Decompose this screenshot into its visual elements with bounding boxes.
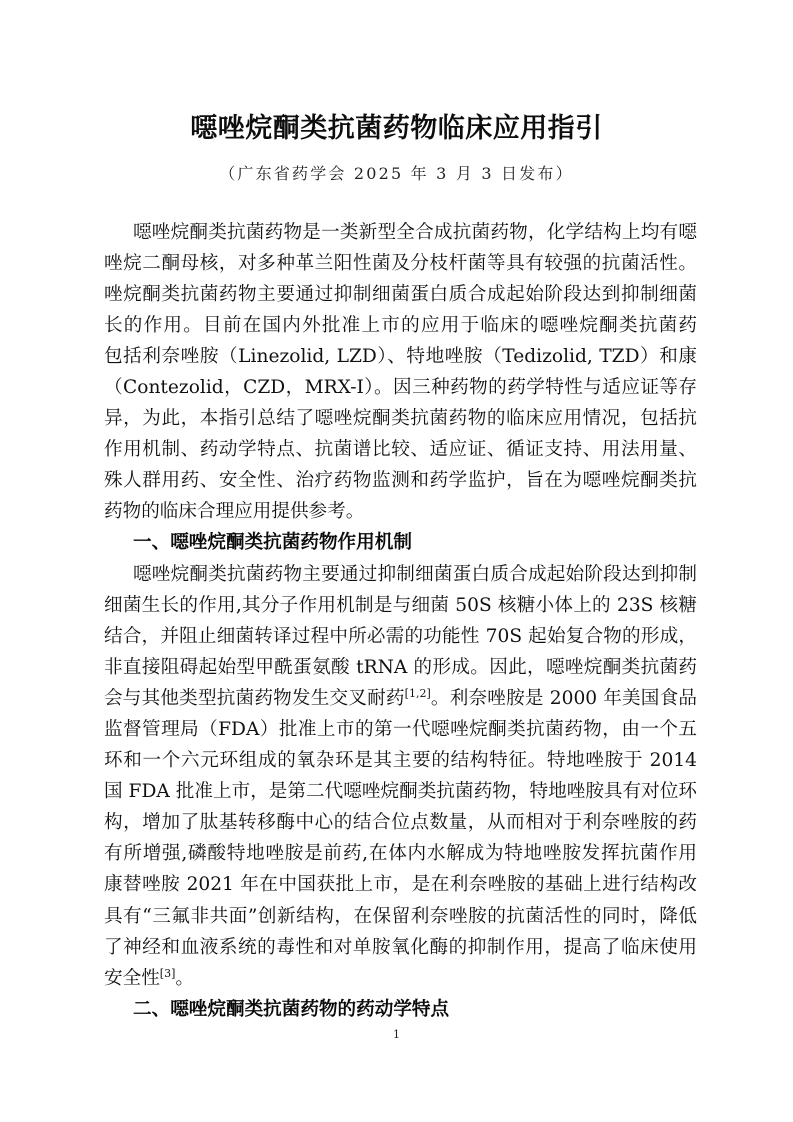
text-segment: 国 FDA 批准上市，是第二代噁唑烷酮类抗菌药物，特地唑胺具有对位环结 xyxy=(104,781,697,807)
text-line: 药物的临床合理应用提供参考。 xyxy=(104,496,697,527)
text-segment: 结合，并阻止细菌转译过程中所必需的功能性 70S 起始复合物的形成，而 xyxy=(104,626,697,652)
text-segment: 唑烷酮类抗菌药物主要通过抑制细菌蛋白质合成起始阶段达到抑制细菌生 xyxy=(104,284,697,310)
text-segment: 包括利奈唑胺（Linezolid, LZD）、特地唑胺（Tedizolid, T… xyxy=(104,346,697,372)
text-segment: 有所增强,磷酸特地唑胺是前药,在体内水解成为特地唑胺发挥抗菌作用 xyxy=(104,843,697,864)
text-segment: 殊人群用药、安全性、治疗药物监测和药学监护，旨在为噁唑烷酮类抗菌 xyxy=(104,470,697,496)
text-segment: 会与其他类型抗菌药物发生交叉耐药 xyxy=(104,688,405,709)
text-segment: 康替唑胺 2021 年在中国获批上市，是在利奈唑胺的基础上进行结构改造， xyxy=(104,874,697,900)
text-segment: 。 xyxy=(175,968,194,989)
text-line: 细菌生长的作用,其分子作用机制是与细菌 50S 核糖小体上的 23S 核糖 RN… xyxy=(104,590,697,621)
text-segment: 长的作用。目前在国内外批准上市的应用于临床的噁唑烷酮类抗菌药物， xyxy=(104,315,697,341)
section-heading-mechanism: 一、噁唑烷酮类抗菌药物作用机制 xyxy=(104,527,697,558)
intro-paragraph: 噁唑烷酮类抗菌药物是一类新型全合成抗菌药物，化学结构上均有噁唑烷二酮母核，对多种… xyxy=(104,217,697,528)
page-number: 1 xyxy=(0,1026,793,1044)
text-segment: 具有“三氟非共面”创新结构，在保留利奈唑胺的抗菌活性的同时，降低 xyxy=(104,906,697,927)
text-line: 环和一个六元环组成的氧杂环是其主要的结构特征。特地唑胺于 2014 年美 xyxy=(104,745,697,776)
text-segment: 非直接阻碍起始型甲酰蛋氨酸 tRNA 的形成。因此，噁唑烷酮类抗菌药物不 xyxy=(104,657,697,683)
citation-reference: [3] xyxy=(160,967,176,980)
text-line: 作用机制、药动学特点、抗菌谱比较、适应证、循证支持、用法用量、特 xyxy=(104,434,697,465)
document-title: 噁唑烷酮类抗菌药物临床应用指引 xyxy=(0,111,793,147)
text-line: 监督管理局（FDA）批准上市的第一代噁唑烷酮类抗菌药物，由一个五元 xyxy=(104,714,697,745)
text-line: 包括利奈唑胺（Linezolid, LZD）、特地唑胺（Tedizolid, T… xyxy=(104,341,697,372)
text-segment: 细菌生长的作用,其分子作用机制是与细菌 50S 核糖小体上的 23S 核糖 RN… xyxy=(104,595,697,621)
text-segment: 安全性 xyxy=(104,968,160,989)
text-segment: 唑烷二酮母核，对多种革兰阳性菌及分枝杆菌等具有较强的抗菌活性。噁 xyxy=(104,253,697,279)
text-line: 有所增强,磷酸特地唑胺是前药,在体内水解成为特地唑胺发挥抗菌作用[1,2]。 xyxy=(104,838,697,869)
text-segment: 异，为此，本指引总结了噁唑烷酮类抗菌药物的临床应用情况，包括抗菌 xyxy=(104,408,697,434)
text-segment: 构，增加了肽基转移酶中心的结合位点数量，从而相对于利奈唑胺的药效 xyxy=(104,812,697,838)
text-line: 非直接阻碍起始型甲酰蛋氨酸 tRNA 的形成。因此，噁唑烷酮类抗菌药物不 xyxy=(104,652,697,683)
text-line: 噁唑烷酮类抗菌药物是一类新型全合成抗菌药物，化学结构上均有噁 xyxy=(104,217,697,248)
text-segment: 作用机制、药动学特点、抗菌谱比较、适应证、循证支持、用法用量、特 xyxy=(104,439,697,465)
text-line: 异，为此，本指引总结了噁唑烷酮类抗菌药物的临床应用情况，包括抗菌 xyxy=(104,403,697,434)
text-line: 国 FDA 批准上市，是第二代噁唑烷酮类抗菌药物，特地唑胺具有对位环结 xyxy=(104,776,697,807)
text-segment: 噁唑烷酮类抗菌药物主要通过抑制细菌蛋白质合成起始阶段达到抑制 xyxy=(133,564,697,585)
text-line: 具有“三氟非共面”创新结构，在保留利奈唑胺的抗菌活性的同时，降低 xyxy=(104,901,697,932)
text-line: 唑烷二酮母核，对多种革兰阳性菌及分枝杆菌等具有较强的抗菌活性。噁 xyxy=(104,248,697,279)
document-subtitle: （广东省药学会 2025 年 3 月 3 日发布） xyxy=(0,162,793,186)
citation-reference: [1,2] xyxy=(405,687,431,700)
text-line: （Contezolid，CZD，MRX-I）。因三种药物的药学特性与适应证等存在… xyxy=(104,372,697,403)
document-page: 噁唑烷酮类抗菌药物临床应用指引 （广东省药学会 2025 年 3 月 3 日发布… xyxy=(0,0,793,1122)
text-line: 殊人群用药、安全性、治疗药物监测和药学监护，旨在为噁唑烷酮类抗菌 xyxy=(104,465,697,496)
text-line: 会与其他类型抗菌药物发生交叉耐药[1,2]。利奈唑胺是 2000 年美国食品药品 xyxy=(104,683,697,714)
text-line: 唑烷酮类抗菌药物主要通过抑制细菌蛋白质合成起始阶段达到抑制细菌生 xyxy=(104,279,697,310)
text-line: 康替唑胺 2021 年在中国获批上市，是在利奈唑胺的基础上进行结构改造， xyxy=(104,869,697,900)
text-line: 结合，并阻止细菌转译过程中所必需的功能性 70S 起始复合物的形成，而 xyxy=(104,621,697,652)
text-line: 噁唑烷酮类抗菌药物主要通过抑制细菌蛋白质合成起始阶段达到抑制 xyxy=(104,559,697,590)
text-line: 构，增加了肽基转移酶中心的结合位点数量，从而相对于利奈唑胺的药效 xyxy=(104,807,697,838)
text-segment: 环和一个六元环组成的氧杂环是其主要的结构特征。特地唑胺于 2014 年美 xyxy=(104,750,697,776)
section-heading-pharmacokinetics: 二、噁唑烷酮类抗菌药物的药动学特点 xyxy=(104,994,697,1025)
mechanism-paragraph: 噁唑烷酮类抗菌药物主要通过抑制细菌蛋白质合成起始阶段达到抑制细菌生长的作用,其分… xyxy=(104,559,697,994)
text-line: 安全性[3]。 xyxy=(104,963,697,994)
document-body: 噁唑烷酮类抗菌药物是一类新型全合成抗菌药物，化学结构上均有噁唑烷二酮母核，对多种… xyxy=(104,217,697,1025)
text-segment: 了神经和血液系统的毒性和对单胺氧化酶的抑制作用，提高了临床使用的 xyxy=(104,937,697,963)
text-segment: 监督管理局（FDA）批准上市的第一代噁唑烷酮类抗菌药物，由一个五元 xyxy=(104,719,697,745)
text-line: 了神经和血液系统的毒性和对单胺氧化酶的抑制作用，提高了临床使用的 xyxy=(104,932,697,963)
text-segment: （Contezolid，CZD，MRX-I）。因三种药物的药学特性与适应证等存在… xyxy=(104,377,697,403)
text-segment: 噁唑烷酮类抗菌药物是一类新型全合成抗菌药物，化学结构上均有噁 xyxy=(133,222,697,243)
text-segment: 药物的临床合理应用提供参考。 xyxy=(104,501,364,522)
text-line: 长的作用。目前在国内外批准上市的应用于临床的噁唑烷酮类抗菌药物， xyxy=(104,310,697,341)
